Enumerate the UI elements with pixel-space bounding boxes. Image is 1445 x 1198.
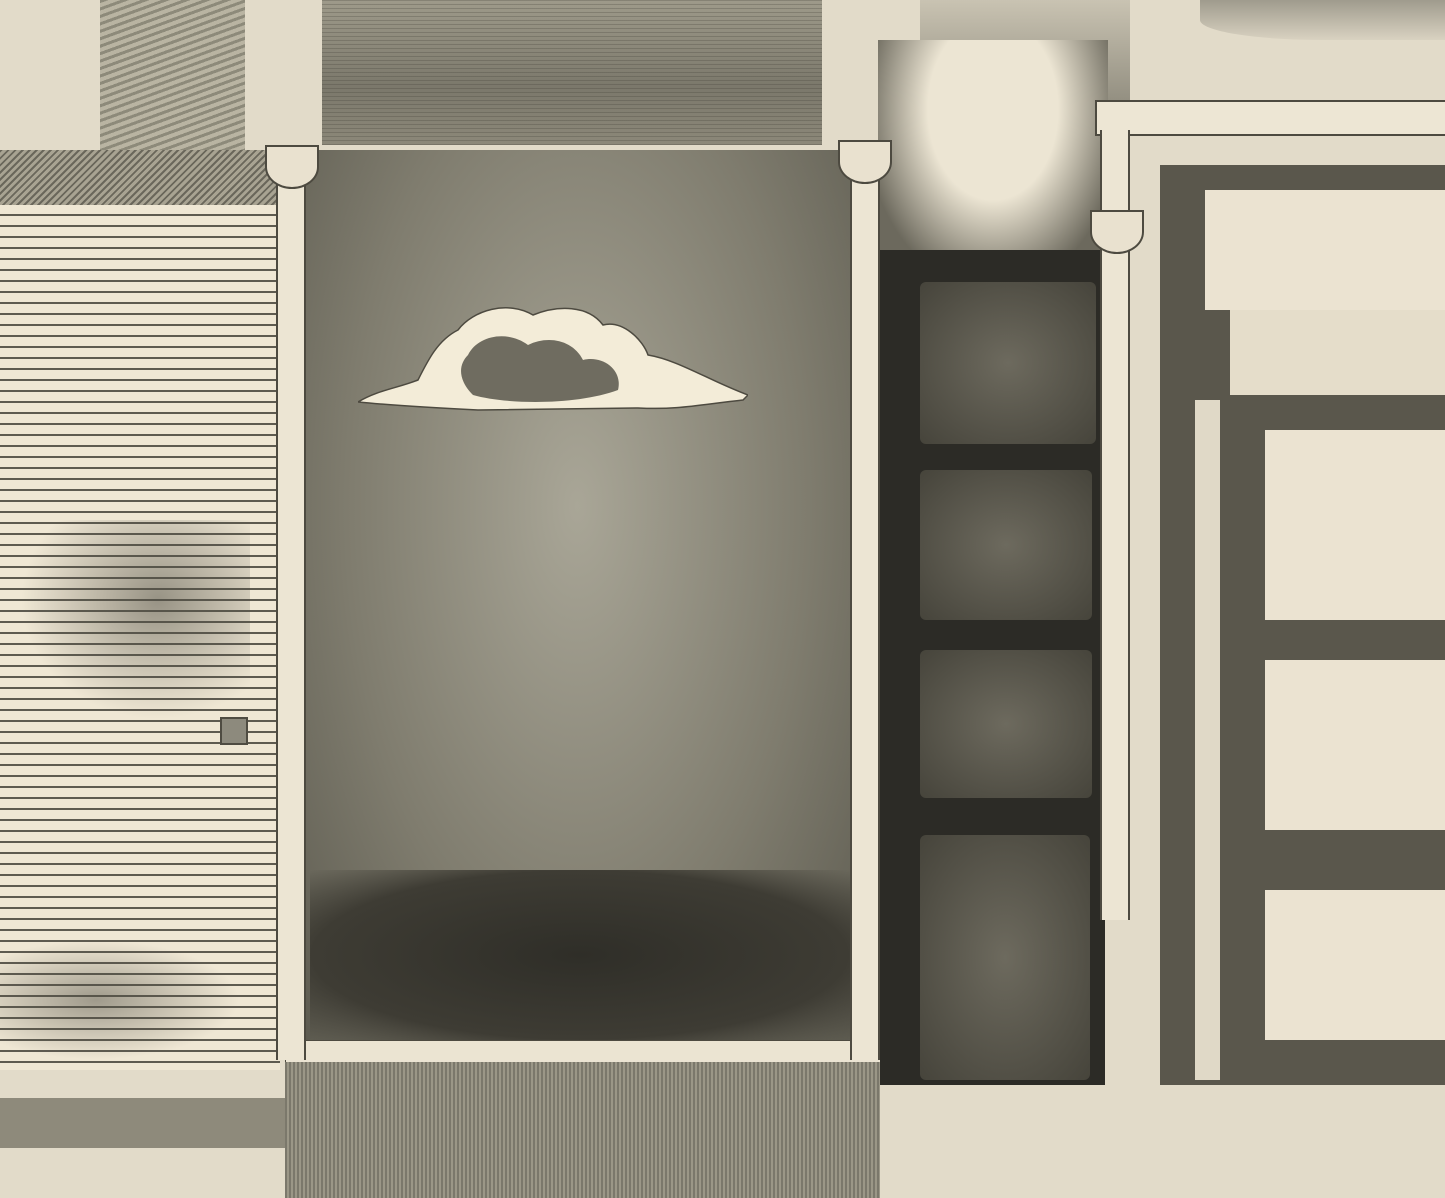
paper-margin bbox=[880, 1085, 1445, 1198]
louvred-wall-cap bbox=[0, 150, 278, 205]
wall-plaque bbox=[220, 717, 248, 745]
column-capital bbox=[265, 145, 319, 189]
stone-panel bbox=[920, 835, 1090, 1080]
door-panel bbox=[1205, 190, 1445, 310]
door-panel bbox=[1230, 310, 1445, 395]
stone-panel bbox=[920, 650, 1092, 798]
drapery bbox=[878, 40, 1108, 270]
frame-gap bbox=[1195, 400, 1220, 1080]
column-middle bbox=[850, 145, 880, 1060]
hatched-block bbox=[100, 0, 245, 155]
column-left bbox=[276, 150, 306, 1060]
stone-panel bbox=[920, 470, 1092, 620]
wall-stain bbox=[0, 940, 240, 1060]
wall-base bbox=[0, 1098, 285, 1148]
plinth bbox=[285, 1062, 880, 1198]
etching-artwork bbox=[0, 0, 1445, 1198]
entablature bbox=[1095, 100, 1445, 136]
stone-panel bbox=[920, 282, 1096, 444]
sky-shadow bbox=[310, 870, 850, 1040]
door-panel bbox=[1265, 660, 1445, 830]
wall-stain bbox=[20, 520, 250, 720]
column-capital bbox=[1090, 210, 1144, 254]
door-panel bbox=[1265, 430, 1445, 620]
distant-hill bbox=[1200, 0, 1445, 40]
door-panel bbox=[1265, 890, 1445, 1040]
cloud bbox=[358, 300, 748, 412]
upper-hatched-panel bbox=[322, 0, 822, 145]
column-capital bbox=[838, 140, 892, 184]
